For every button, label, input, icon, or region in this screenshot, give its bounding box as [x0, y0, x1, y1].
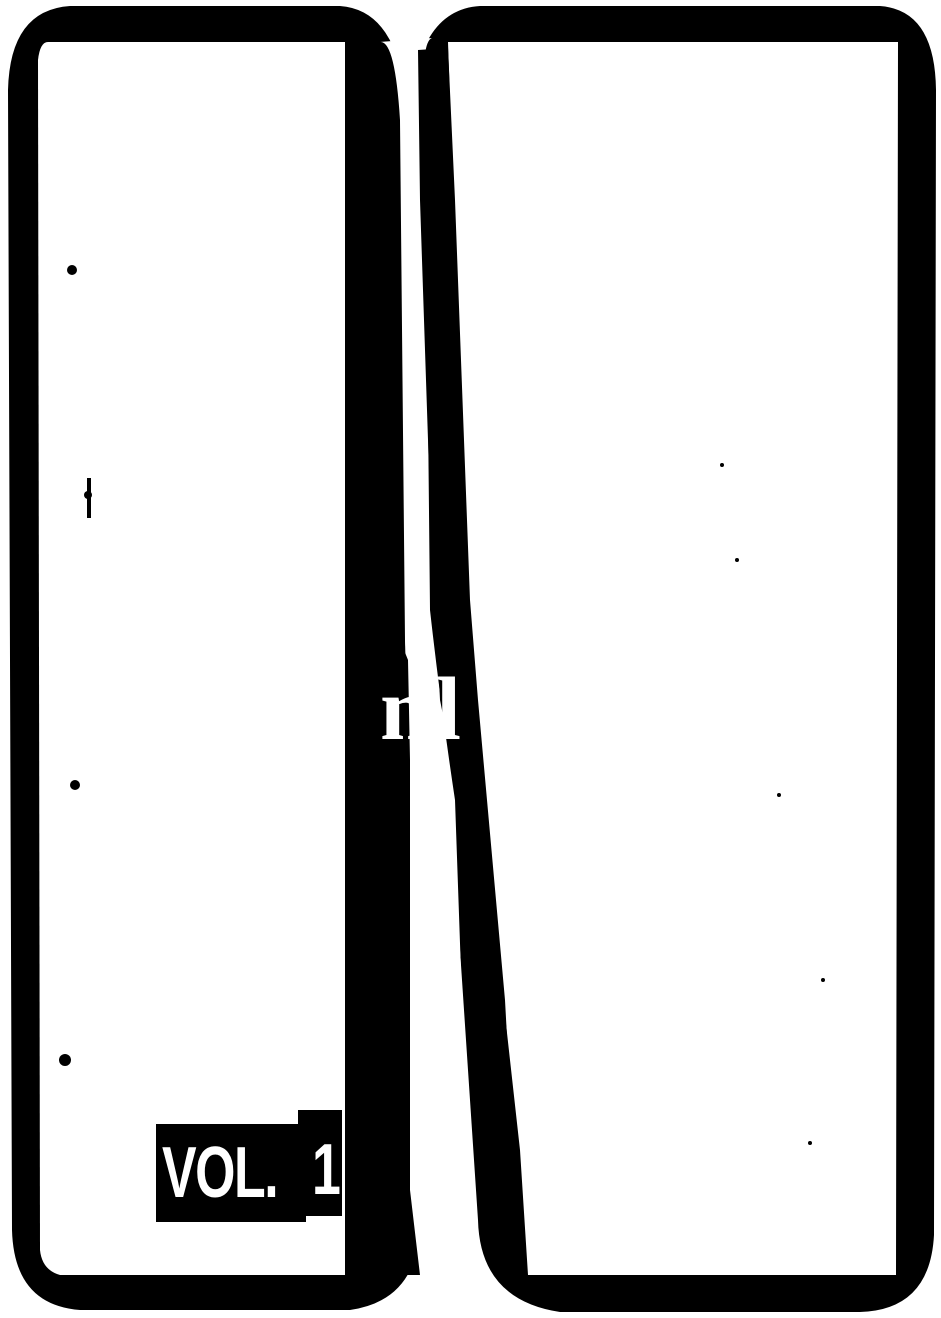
book-cover-scan: nl VOL. 1	[0, 0, 941, 1318]
volume-label: VOL.	[162, 1128, 277, 1218]
cover-outline	[0, 0, 941, 1318]
volume-number: 1	[312, 1130, 341, 1210]
spine-title-fragment: nl	[380, 670, 467, 750]
